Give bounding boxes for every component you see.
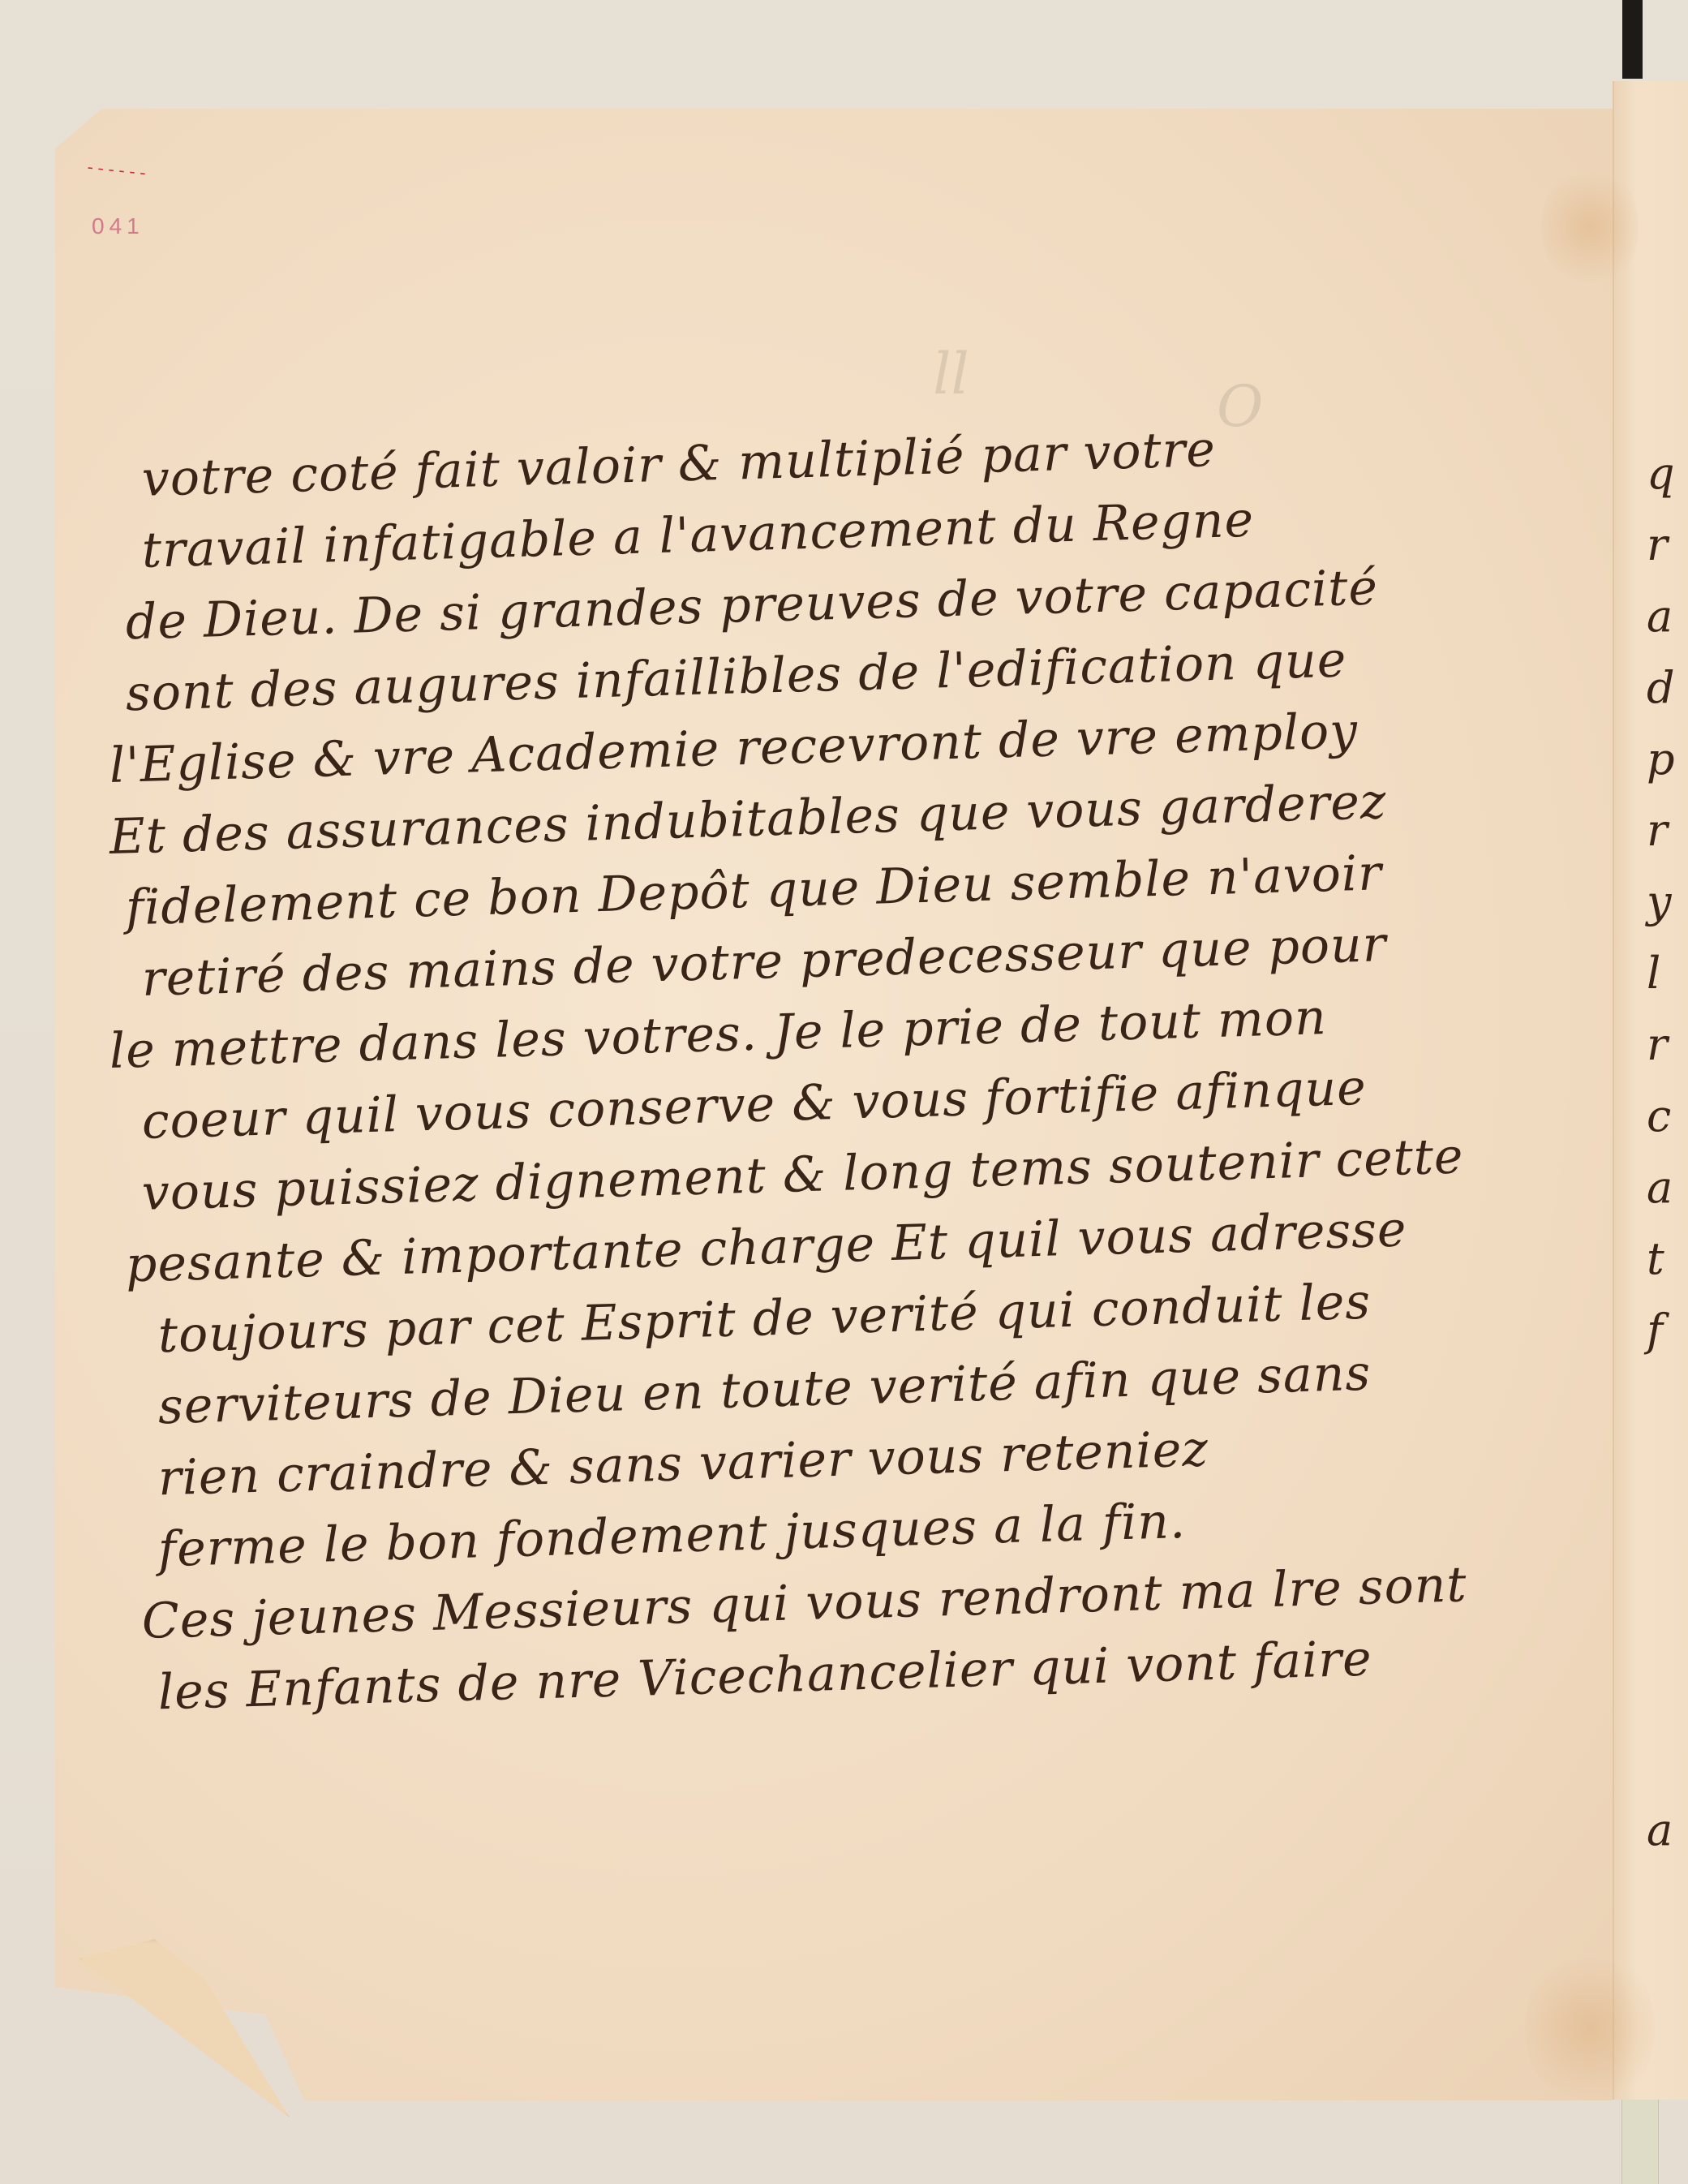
- fragment: [1647, 1509, 1688, 1580]
- show-through-ink: ll: [933, 341, 969, 407]
- fragment: l: [1647, 938, 1688, 1009]
- fragment: a: [1647, 1795, 1688, 1866]
- fragment: q: [1647, 438, 1688, 509]
- foxing-stain: [1525, 1947, 1655, 2109]
- fragment: [1647, 1723, 1688, 1795]
- fragment: r: [1647, 1009, 1688, 1081]
- adjacent-page-text: q r a d p r y l r c a t f a: [1647, 438, 1688, 1866]
- fragment: r: [1647, 509, 1688, 581]
- fragment: d: [1647, 652, 1688, 724]
- fragment: p: [1647, 724, 1688, 795]
- fragment: f: [1647, 1295, 1688, 1366]
- fragment: r: [1647, 795, 1688, 866]
- fragment: a: [1647, 581, 1688, 652]
- fragment: y: [1647, 866, 1688, 938]
- folio-number: 041: [92, 213, 148, 239]
- fragment: [1647, 1652, 1688, 1723]
- binding-strip: [1622, 0, 1643, 79]
- archive-marks: ------ 041: [85, 162, 148, 239]
- red-struck-mark: ------: [84, 159, 149, 184]
- fragment: c: [1647, 1081, 1688, 1152]
- fragment: t: [1647, 1223, 1688, 1295]
- binding-tape: [1621, 2100, 1659, 2184]
- fragment: [1647, 1438, 1688, 1509]
- fragment: a: [1647, 1152, 1688, 1223]
- fragment: [1647, 1366, 1688, 1438]
- fragment: [1647, 1580, 1688, 1652]
- foxing-stain: [1541, 162, 1639, 292]
- letter-body: votre coté fait valoir & multiplié par v…: [110, 445, 1618, 1730]
